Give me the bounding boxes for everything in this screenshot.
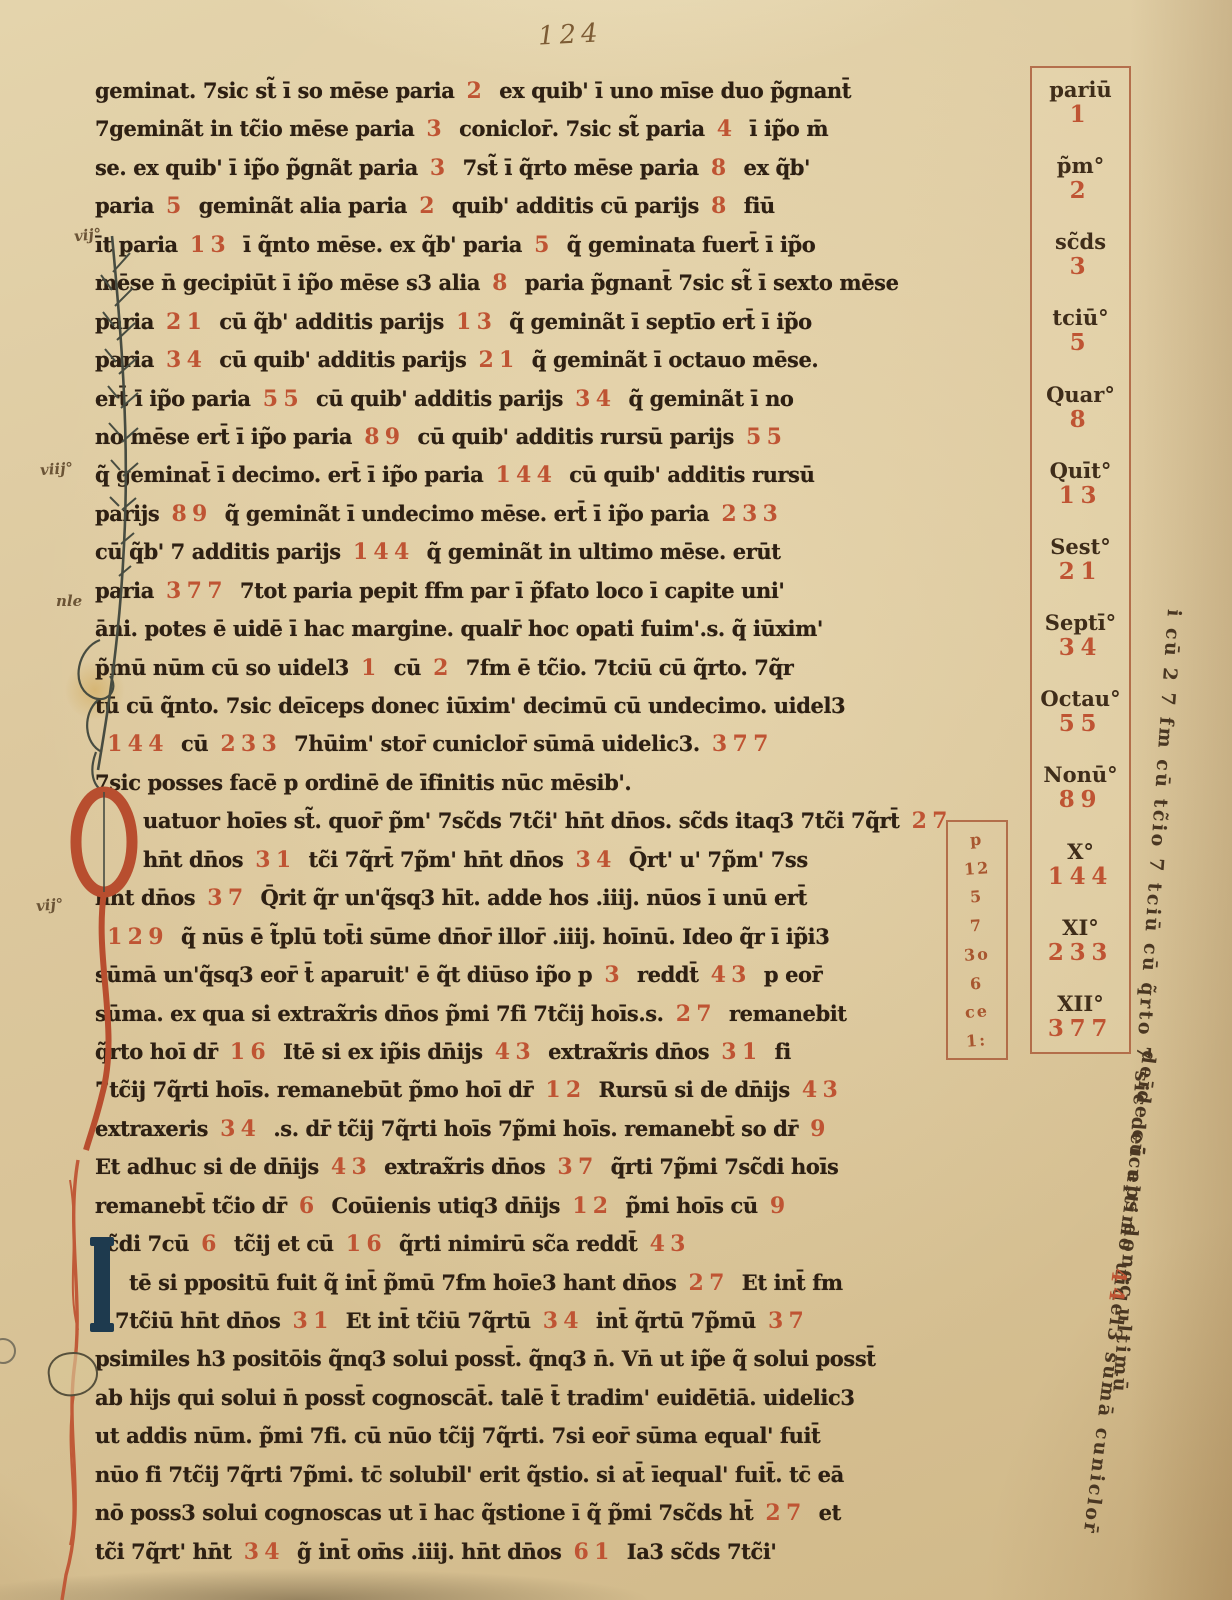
text-segment: p̃mi hoīs cū xyxy=(625,1193,757,1218)
text-line: paria34cū quib' additis parijs21q̃ gemin… xyxy=(95,341,925,379)
text-segment: .s. dr̄ tc̃ij 7q̃rti hoīs 7p̃mi hoīs. re… xyxy=(273,1116,798,1141)
rubric-numeral: 2 xyxy=(419,193,440,219)
text-line: mēse n̄ gecipiūt ī ip̃o mēse s3 alia8par… xyxy=(95,264,925,302)
text-segment: Et adhuc si de dn̄ijs xyxy=(95,1154,319,1179)
text-line: tc̃i 7q̃rt' hn̄t34g̃ int̄ om̄s .iiij. hn… xyxy=(95,1533,925,1571)
parchment-hole xyxy=(45,1349,101,1400)
text-segment: ī ip̃o m̄ xyxy=(749,116,828,141)
rubric-numeral: 5 xyxy=(534,232,555,258)
fibonacci-entries: pariū1p̃m°2sc̃ds3tciū°5Quar°8Quīt°13Sest… xyxy=(1032,68,1129,1052)
text-segment: paria xyxy=(95,193,154,218)
text-segment: fi xyxy=(775,1039,791,1064)
text-segment: ab hijs qui solui n̄ posst̄ cognoscāt̄. … xyxy=(95,1385,855,1410)
rubric-numeral: 6 xyxy=(201,1231,222,1257)
margin-note-4: vij° xyxy=(35,895,64,915)
text-line: q̃ geminat̄ ī decimo. ert̄ ī ip̃o paria1… xyxy=(95,456,925,494)
text-segment: se. ex quib' ī ip̃o p̃gnãt paria xyxy=(95,155,418,180)
fibonacci-entry-label: Nonū° xyxy=(1043,763,1117,787)
text-segment: geminat. 7sic st̃ ī so mēse paria xyxy=(95,78,454,103)
text-segment: psimiles h3 positōis q̃nq3 solui posst̄.… xyxy=(95,1346,876,1371)
text-segment: cū quib' additis parijs xyxy=(219,347,466,372)
text-segment: Q̄rit q̃r un'q̃sq3 hīt. adde hos .iiij. … xyxy=(261,885,807,910)
text-segment: quib' additis cū parijs xyxy=(452,193,699,218)
fibonacci-entry-label: Quīt° xyxy=(1050,459,1112,483)
text-segment: cū q̃b' 7 additis parijs xyxy=(95,539,341,564)
text-segment: mēse n̄ gecipiūt ī ip̃o mēse s3 alia xyxy=(95,270,480,295)
small-box-figure: 3o xyxy=(963,944,990,965)
text-line: āni. potes ē uidē ī hac margine. qualr̄ … xyxy=(95,610,925,648)
rubric-numeral: 13 xyxy=(456,309,497,335)
text-segment: q̃ geminãt ī no xyxy=(628,386,793,411)
text-line: paria3777tot paria pepit ffm par ī p̃fat… xyxy=(95,572,925,610)
text-line: 7sic posses facē p ordinē de īfinitis nū… xyxy=(95,764,925,802)
text-line: 7tc̃ij 7q̃rti hoīs. remanebūt p̃mo hoī d… xyxy=(95,1071,925,1109)
rubric-numeral: 144 xyxy=(353,539,415,565)
fibonacci-entry-label: Sest° xyxy=(1050,535,1111,559)
text-segment: ex q̃b' xyxy=(744,155,811,180)
rubric-numeral: 34 xyxy=(166,347,207,373)
rubric-numeral: 43 xyxy=(331,1154,372,1180)
text-segment: reddt̄ xyxy=(637,962,699,987)
rubric-numeral: 34 xyxy=(575,386,616,412)
rubric-numeral: 31 xyxy=(292,1308,333,1334)
text-line: nō poss3 solui cognoscas ut ī hac q̃stio… xyxy=(95,1494,925,1532)
rubric-numeral: 3 xyxy=(426,116,447,142)
rubric-numeral: 16 xyxy=(346,1231,387,1257)
text-segment: p eor̄ xyxy=(764,962,822,987)
text-line: tū cū q̃nto. 7sic deīceps donec iūxim' d… xyxy=(95,687,925,725)
text-line: 129q̃ nūs ē t̃plū tot̄i sūme dn̄or̄ illo… xyxy=(95,918,925,956)
text-segment: coniclor̄. 7sic st̃ paria xyxy=(459,116,705,141)
text-segment: tc̃i 7q̃rt' hn̄t xyxy=(95,1539,232,1564)
text-segment: parijs xyxy=(95,501,159,526)
rubric-numeral: 34 xyxy=(220,1116,261,1142)
text-segment: cū quib' additis parijs xyxy=(316,386,563,411)
margin-note-2: viij° xyxy=(39,459,73,479)
fibonacci-entry-label: XI° xyxy=(1048,916,1113,940)
text-line: tē si ppositū fuit q̃ int̄ p̃mū 7fm hoīe… xyxy=(95,1264,925,1302)
text-segment: cū quib' additis rursū parijs xyxy=(417,424,733,449)
small-box-figure: 5 xyxy=(970,887,984,907)
text-segment: 7sic posses facē p ordinē de īfinitis nū… xyxy=(95,770,631,795)
text-segment: sc̃di 7cū xyxy=(95,1231,189,1256)
text-segment: nō poss3 solui cognoscas ut ī hac q̃stio… xyxy=(95,1500,753,1525)
text-segment: q̃rti 7p̃mi 7sc̃di hoīs xyxy=(611,1154,839,1179)
text-line: geminat. 7sic st̃ ī so mēse paria2ex qui… xyxy=(95,72,925,110)
text-segment: cū quib' additis rursū xyxy=(569,462,814,487)
rubric-numeral: 6 xyxy=(299,1193,320,1219)
text-segment: g̃ int̄ om̄s .iiij. hn̄t dn̄os xyxy=(297,1539,561,1564)
rubric-numeral: 8 xyxy=(711,193,732,219)
text-segment: cū xyxy=(394,655,421,680)
fibonacci-entry-value: 89 xyxy=(1043,787,1117,813)
text-segment: p̃mū nūm cū so uidel3 xyxy=(95,655,349,680)
text-segment: Coūienis utiq3 dn̄ijs xyxy=(332,1193,561,1218)
text-line: sūma. ex qua si extrax̃ris dn̄os p̃mi 7f… xyxy=(95,995,925,1033)
text-segment: tc̃ij et cū xyxy=(234,1231,334,1256)
text-line: paria5geminãt alia paria2quib' additis c… xyxy=(95,187,925,225)
vertical-gloss-red-numeral: 44 xyxy=(1104,1267,1132,1307)
text-line: psimiles h3 positōis q̃nq3 solui posst̄.… xyxy=(95,1340,925,1378)
fibonacci-entry-value: 2 xyxy=(1057,178,1104,204)
text-segment: ert̄ ī ip̃o paria xyxy=(95,386,251,411)
text-line: hn̄t dn̄os37Q̄rit q̃r un'q̃sq3 hīt. adde… xyxy=(95,879,925,917)
fibonacci-entry-label: X° xyxy=(1048,840,1113,864)
rubric-numeral: 3 xyxy=(604,962,625,988)
text-segment: cū xyxy=(181,731,208,756)
text-line: ab hijs qui solui n̄ posst̄ cognoscāt̄. … xyxy=(95,1379,925,1417)
text-segment: Et int̄ fm xyxy=(742,1270,843,1295)
rubric-numeral: 34 xyxy=(576,847,617,873)
text-segment: q̃ geminata fuert̄ ī ip̃o xyxy=(567,232,816,257)
text-segment: tū cū q̃nto. 7sic deīceps donec iūxim' d… xyxy=(95,693,845,718)
text-segment: Et int̄ tc̃iū 7q̃rtū xyxy=(346,1308,531,1333)
rubric-numeral: 43 xyxy=(802,1077,843,1103)
text-segment: q̃rti nimirū sc̃a reddt̄ xyxy=(399,1231,637,1256)
text-segment: tē si ppositū fuit q̃ int̄ p̃mū 7fm hoīe… xyxy=(129,1270,676,1295)
fibonacci-entry: p̃m°2 xyxy=(1057,154,1104,204)
text-segment: 7tc̃ij 7q̃rti hoīs. remanebūt p̃mo hoī d… xyxy=(95,1077,533,1102)
rubric-numeral: 144 xyxy=(495,462,557,488)
fibonacci-entry-value: 34 xyxy=(1045,635,1116,661)
text-segment: q̃ geminãt in ultimo mēse. erūt xyxy=(427,539,781,564)
rubric-numeral: 4 xyxy=(717,116,738,142)
fibonacci-entry-label: pariū xyxy=(1049,78,1112,102)
text-segment: īt paria xyxy=(95,232,178,257)
rubric-numeral: 31 xyxy=(255,847,296,873)
margin-note-1: vij° xyxy=(73,225,102,246)
fibonacci-entry-value: 13 xyxy=(1050,483,1112,509)
rubric-numeral: 27 xyxy=(689,1270,730,1296)
text-segment: q̃rto hoī dr̄ xyxy=(95,1039,218,1064)
fibonacci-entry-value: 55 xyxy=(1040,711,1120,737)
rubric-numeral: 9 xyxy=(810,1116,831,1142)
rubric-numeral: 144 xyxy=(107,731,169,757)
fibonacci-entry-value: 8 xyxy=(1046,407,1115,433)
text-segment: q̃ geminãt ī undecimo mēse. ert̄ ī ip̃o … xyxy=(225,501,710,526)
text-segment: hn̄t dn̄os xyxy=(143,847,243,872)
fibonacci-entry: Septī°34 xyxy=(1045,611,1116,661)
text-segment: fiū xyxy=(744,193,775,218)
text-line: 7geminãt in tc̃io mēse paria3coniclor̄. … xyxy=(95,110,925,148)
fibonacci-entry-label: tciū° xyxy=(1052,306,1108,330)
text-segment: ut addis nūm. p̃mi 7fi. cū nūo tc̃ij 7q̃… xyxy=(95,1423,820,1448)
fibonacci-entry: XI°233 xyxy=(1048,916,1113,966)
small-box-figure: 12 xyxy=(963,858,991,879)
rubric-numeral: 12 xyxy=(545,1077,586,1103)
text-line: nūo fi 7tc̃ij 7q̃rti 7p̃mi. tc̄ solubil'… xyxy=(95,1456,925,1494)
text-line: sc̃di 7cū6tc̃ij et cū16q̃rti nimirū sc̃a… xyxy=(95,1225,925,1263)
text-segment: et xyxy=(819,1500,841,1525)
text-segment: q̃ geminat̄ ī decimo. ert̄ ī ip̃o paria xyxy=(95,462,483,487)
text-line: uatuor hoīes st̃. quor̄ p̃m' 7sc̃ds 7tc̃… xyxy=(95,802,925,840)
rubric-numeral: 2 xyxy=(433,655,454,681)
text-segment: uatuor hoīes st̃. quor̄ p̃m' 7sc̃ds 7tc̃… xyxy=(143,808,899,833)
fibonacci-entry-label: p̃m° xyxy=(1057,154,1104,178)
text-line: no mēse ert̄ ī ip̃o paria89cū quib' addi… xyxy=(95,418,925,456)
text-line: cū q̃b' 7 additis parijs144q̃ geminãt in… xyxy=(95,533,925,571)
text-line: remanebt̄ tc̃io dr̄6Coūienis utiq3 dn̄ij… xyxy=(95,1187,925,1225)
main-text-block: geminat. 7sic st̃ ī so mēse paria2ex qui… xyxy=(95,72,925,1571)
fibonacci-entry: X°144 xyxy=(1048,840,1113,890)
text-segment: tc̃i 7q̃rt̄ 7p̃m' hn̄t dn̄os xyxy=(309,847,564,872)
text-line: 7tc̃iū hn̄t dn̄os31Et int̄ tc̃iū 7q̃rtū3… xyxy=(95,1302,925,1340)
rubric-numeral: 55 xyxy=(263,386,304,412)
text-segment: cū q̃b' additis parijs xyxy=(219,309,444,334)
rubric-numeral: 2 xyxy=(467,78,488,104)
rubric-numeral: 89 xyxy=(171,501,212,527)
rubric-numeral: 89 xyxy=(364,424,405,450)
text-segment: 7tc̃iū hn̄t dn̄os xyxy=(115,1308,280,1333)
text-segment: Rursū si de dn̄ijs xyxy=(599,1077,790,1102)
small-box-figure: p xyxy=(970,830,984,850)
text-line: sūmā un'q̃sq3 eor̄ t̄ aparuit' ē q̃t diū… xyxy=(95,956,925,994)
folio-number: 124 xyxy=(537,18,603,51)
rubric-numeral: 8 xyxy=(711,155,732,181)
fibonacci-entry-value: 144 xyxy=(1048,864,1113,890)
fibonacci-entry-label: Octau° xyxy=(1040,687,1120,711)
text-segment: āni. potes ē uidē ī hac margine. qualr̄ … xyxy=(95,616,823,641)
rubric-numeral: 16 xyxy=(230,1039,271,1065)
rubric-numeral: 34 xyxy=(543,1308,584,1334)
text-segment: paria xyxy=(95,347,154,372)
rubric-numeral: 31 xyxy=(721,1039,762,1065)
fibonacci-entry: Quar°8 xyxy=(1046,383,1115,433)
text-line: ut addis nūm. p̃mi 7fi. cū nūo tc̃ij 7q̃… xyxy=(95,1417,925,1455)
rubric-numeral: 55 xyxy=(746,424,787,450)
rubric-numeral: 21 xyxy=(478,347,519,373)
text-segment: paria xyxy=(95,309,154,334)
small-box-figure: 7 xyxy=(970,916,984,936)
rubric-numeral: 27 xyxy=(676,1001,717,1027)
rubric-numeral: 34 xyxy=(244,1539,285,1565)
rubric-numeral: 5 xyxy=(166,193,187,219)
fibonacci-entry-label: sc̃ds xyxy=(1055,230,1106,254)
rubric-numeral: 12 xyxy=(572,1193,613,1219)
fibonacci-entry: Sest°21 xyxy=(1050,535,1111,585)
rubric-numeral: 27 xyxy=(765,1500,806,1526)
fibonacci-entry: pariū1 xyxy=(1049,78,1112,128)
small-box-figure: 6 xyxy=(970,973,984,993)
text-line: q̃rto hoī dr̄16Itē si ex ip̃is dn̄ijs43e… xyxy=(95,1033,925,1071)
fibonacci-entry-value: 5 xyxy=(1052,330,1108,356)
manuscript-page: 124 geminat. 7sic st̃ ī so mēse paria2ex… xyxy=(0,0,1232,1600)
text-segment: hn̄t dn̄os xyxy=(95,885,195,910)
fibonacci-entry: Quīt°13 xyxy=(1050,459,1112,509)
fibonacci-entry-value: 21 xyxy=(1050,559,1111,585)
rubric-numeral: 43 xyxy=(495,1039,536,1065)
fibonacci-entry-value: 233 xyxy=(1048,940,1113,966)
fibonacci-entry-label: Quar° xyxy=(1046,383,1115,407)
rubric-numeral: 8 xyxy=(492,270,513,296)
fibonacci-margin-table: pariū1p̃m°2sc̃ds3tciū°5Quar°8Quīt°13Sest… xyxy=(1030,66,1131,1054)
text-segment: remanebit xyxy=(729,1001,847,1026)
text-segment: sūmā un'q̃sq3 eor̄ t̄ aparuit' ē q̃t diū… xyxy=(95,962,592,987)
text-segment: sūma. ex qua si extrax̃ris dn̄os p̃mi 7f… xyxy=(95,1001,664,1026)
fibonacci-entry: tciū°5 xyxy=(1052,306,1108,356)
text-segment: ex quib' ī uno mīse duo p̃gnant̄ xyxy=(499,78,851,103)
text-segment: ī q̃nto mēse. ex q̃b' paria xyxy=(243,232,522,257)
text-segment: 7tot paria pepit ffm par ī p̃fato loco ī… xyxy=(240,578,785,603)
text-segment: extraxeris xyxy=(95,1116,208,1141)
text-line: īt paria13ī q̃nto mēse. ex q̃b' paria5q̃… xyxy=(95,226,925,264)
rubric-numeral: 377 xyxy=(712,731,774,757)
text-segment: 7st̃ ī q̃rto mēse paria xyxy=(463,155,699,180)
text-segment: Itē si ex ip̃is dn̄ijs xyxy=(283,1039,483,1064)
rubric-numeral: 3 xyxy=(430,155,451,181)
text-line: paria21cū q̃b' additis parijs13q̃ geminã… xyxy=(95,303,925,341)
rubric-numeral: 37 xyxy=(557,1154,598,1180)
fibonacci-entry-value: 3 xyxy=(1055,254,1106,280)
small-box-figure: ce xyxy=(964,1001,989,1022)
text-segment: no mēse ert̄ ī ip̃o paria xyxy=(95,424,352,449)
text-segment: 7fm ē tc̃io. 7tciū cū q̃rto. 7q̃r xyxy=(466,655,794,680)
fibonacci-entry: sc̃ds3 xyxy=(1055,230,1106,280)
rubric-numeral: 13 xyxy=(190,232,231,258)
rubric-numeral: 377 xyxy=(166,578,228,604)
edge-circle-mark xyxy=(0,1338,16,1364)
rubric-numeral: 233 xyxy=(721,501,783,527)
text-line: extraxeris34.s. dr̄ tc̃ij 7q̃rti hoīs 7p… xyxy=(95,1110,925,1148)
text-line: p̃mū nūm cū so uidel31cū27fm ē tc̃io. 7t… xyxy=(95,649,925,687)
small-margin-box: p12573o6ce1: xyxy=(946,820,1008,1060)
rubric-numeral: 233 xyxy=(220,731,282,757)
rubric-numeral: 37 xyxy=(207,885,248,911)
fibonacci-entry: Nonū°89 xyxy=(1043,763,1117,813)
fibonacci-entry: Octau°55 xyxy=(1040,687,1120,737)
rubric-numeral: 129 xyxy=(107,924,169,950)
text-segment: Ia3 sc̃ds 7tc̃i' xyxy=(627,1539,777,1564)
fibonacci-entry: XII°377 xyxy=(1048,992,1113,1042)
text-segment: extrax̃ris dn̄os xyxy=(384,1154,545,1179)
text-line: hn̄t dn̄os31tc̃i 7q̃rt̄ 7p̃m' hn̄t dn̄os… xyxy=(95,841,925,879)
text-segment: paria xyxy=(95,578,154,603)
text-line: parijs89q̃ geminãt ī undecimo mēse. ert̄… xyxy=(95,495,925,533)
text-line: ert̄ ī ip̃o paria55cū quib' additis pari… xyxy=(95,380,925,418)
rubric-numeral: 21 xyxy=(166,309,207,335)
text-line: Et adhuc si de dn̄ijs43extrax̃ris dn̄os3… xyxy=(95,1148,925,1186)
small-box-figure: 1: xyxy=(966,1030,988,1050)
rubric-numeral: 43 xyxy=(650,1231,691,1257)
text-segment: 7geminãt in tc̃io mēse paria xyxy=(95,116,414,141)
text-segment: geminãt alia paria xyxy=(199,193,407,218)
text-segment: q̃ nūs ē t̃plū tot̄i sūme dn̄or̄ illor̄ … xyxy=(181,924,829,949)
rubric-numeral: 61 xyxy=(574,1539,615,1565)
fibonacci-entry-value: 377 xyxy=(1048,1016,1113,1042)
text-segment: int̄ q̃rtū 7p̃mū xyxy=(596,1308,756,1333)
text-segment: 7hūim' stor̄ cuniclor̄ sūmā uidelic3. xyxy=(294,731,700,756)
fibonacci-entry-label: XII° xyxy=(1048,992,1113,1016)
text-segment: q̃ geminãt ī octauo mēse. xyxy=(532,347,819,372)
text-line: 144cū2337hūim' stor̄ cuniclor̄ sūmā uide… xyxy=(95,725,925,763)
fibonacci-entry-value: 1 xyxy=(1049,102,1112,128)
text-segment: paria p̃gnant̄ 7sic st̃ ī sexto mēse xyxy=(525,270,899,295)
text-segment: nūo fi 7tc̃ij 7q̃rti 7p̃mi. tc̄ solubil'… xyxy=(95,1462,844,1487)
rubric-numeral: 9 xyxy=(770,1193,791,1219)
rubric-numeral: 1 xyxy=(361,655,382,681)
text-segment: q̃ geminãt ī septīo ert̄ ī ip̃o xyxy=(509,309,811,334)
text-segment: remanebt̄ tc̃io dr̄ xyxy=(95,1193,287,1218)
text-segment: extrax̃ris dn̄os xyxy=(548,1039,709,1064)
rubric-numeral: 37 xyxy=(768,1308,809,1334)
margin-note-3: nle xyxy=(56,592,82,610)
text-line: se. ex quib' ī ip̃o p̃gnãt paria37st̃ ī … xyxy=(95,149,925,187)
text-segment: Q̄rt' u' 7p̃m' 7ss xyxy=(629,847,808,872)
rubric-numeral: 43 xyxy=(711,962,752,988)
fibonacci-entry-label: Septī° xyxy=(1045,611,1116,635)
